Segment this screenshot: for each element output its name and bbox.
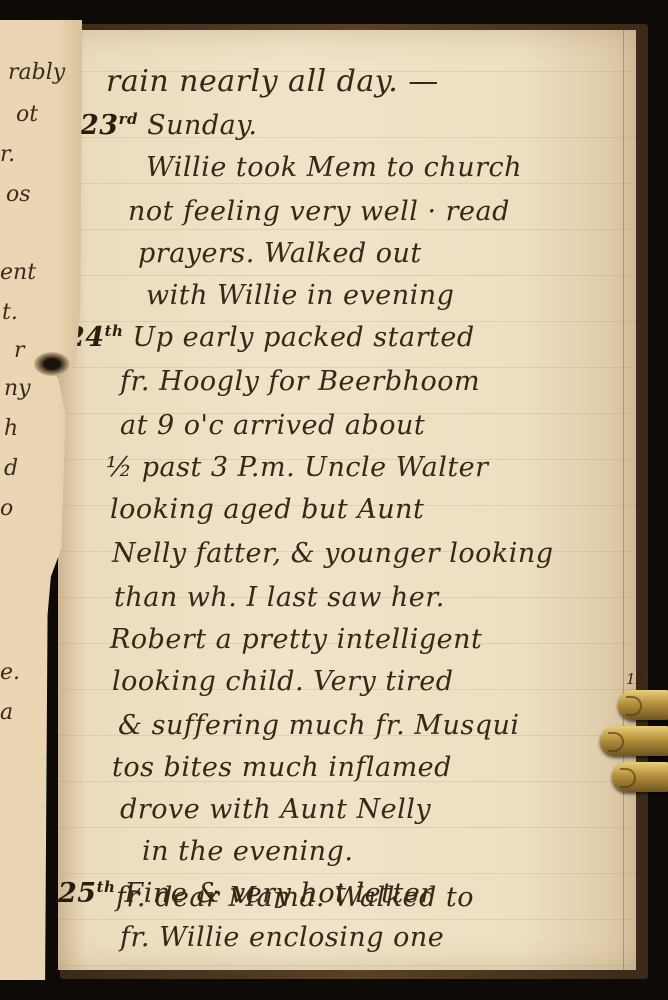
diary-line: looking child. Very tired	[112, 666, 454, 697]
fragment-text: t.	[2, 300, 18, 325]
clasp-finger	[612, 762, 668, 792]
diary-line: 23rd Sunday.	[80, 110, 257, 141]
diary-line: than wh. I last saw her.	[114, 582, 445, 613]
fragment-text: d	[4, 456, 18, 481]
diary-line: with Willie in evening	[146, 280, 454, 311]
clasp-finger	[600, 726, 668, 756]
fragment-text: ot	[16, 102, 38, 127]
diary-photo: rain nearly all day. — 23rd Sunday. Will…	[0, 0, 668, 1000]
diary-line: looking aged but Aunt	[110, 494, 424, 525]
date-marker: 23rd	[80, 110, 138, 141]
diary-line: fr. Willie enclosing one	[120, 922, 444, 953]
margin-note: 12	[626, 670, 645, 688]
diary-line: Willie took Mem to church	[146, 152, 522, 183]
fragment-text: ny	[4, 376, 31, 401]
diary-line: fr. Hoogly for Beerbhoom	[120, 366, 480, 397]
fragment-text: rably	[8, 60, 65, 85]
fragment-text: h	[4, 416, 18, 441]
diary-page: rain nearly all day. — 23rd Sunday. Will…	[58, 30, 636, 970]
fragment-text: r	[14, 338, 25, 363]
diary-line: tos bites much inflamed	[112, 752, 452, 783]
fragment-text: ent	[0, 260, 36, 285]
page-tear-hole	[34, 352, 70, 376]
fragment-text: os	[6, 182, 31, 207]
diary-line: in the evening.	[142, 836, 353, 867]
diary-line: & suffering much fr. Musqui	[118, 710, 520, 741]
diary-line: Nelly fatter, & younger looking	[112, 538, 554, 569]
diary-line: Robert a pretty intelligent	[110, 624, 482, 655]
diary-line: not feeling very well · read	[128, 196, 510, 227]
fragment-text: a	[0, 700, 13, 725]
diary-line: at 9 o'c arrived about	[120, 410, 425, 441]
diary-line: ½ past 3 P.m. Uncle Walter	[106, 452, 489, 483]
diary-line: prayers. Walked out	[138, 238, 422, 269]
diary-line: 24th Up early packed started	[66, 322, 475, 353]
fragment-text: o	[0, 496, 13, 521]
diary-line: drove with Aunt Nelly	[120, 794, 431, 825]
date-marker: 25th	[58, 878, 115, 909]
clasp-finger	[618, 690, 668, 720]
diary-line: rain nearly all day. —	[106, 64, 439, 99]
fragment-text: e.	[0, 660, 20, 685]
diary-line: fr. dear Mama. Walked to	[116, 882, 474, 913]
brass-clasp	[598, 690, 668, 800]
fragment-text: r.	[0, 142, 15, 167]
margin-rule	[623, 30, 624, 970]
